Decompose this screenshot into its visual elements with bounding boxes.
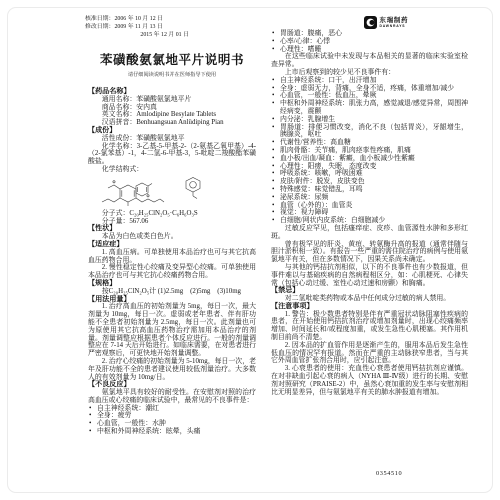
package-insert-page: 核准日期：2006 年 10 月 12 日 修改日期：2009 年 11 月 1… — [0, 0, 500, 500]
revision-date-line: 2015 年 12 月 01 日 — [85, 31, 189, 39]
manufacturer-name-cn: 东瑞制药 — [380, 17, 409, 24]
section-heading: 【禁忌】 — [271, 287, 468, 295]
bullet-icon: • — [272, 147, 274, 155]
bullet-item: •呼吸系统：咳嗽，呼吸困难 — [271, 170, 468, 178]
section-heading: 【药品名称】 — [88, 88, 256, 96]
paragraph: 2. 治疗心绞痛的初始剂量为 5-10mg，每日一次，老年及肝功能不全的患者建议… — [88, 358, 256, 381]
bullet-item: •特殊感觉：味觉错乱，耳鸣 — [271, 186, 468, 194]
bullet-text: 心血管，一般性：水肿 — [97, 420, 166, 427]
revision-dates: 核准日期：2006 年 10 月 12 日 修改日期：2009 年 11 月 1… — [85, 15, 189, 39]
section-heading: 【性状】 — [88, 225, 256, 233]
dawnrays-logo-icon — [364, 16, 377, 29]
bullet-text: 自主神经系统：潮红 — [97, 405, 159, 412]
bullet-text: 全身：虚弱无力，背痛，全身不适，疼痛，体重增加/减少 — [280, 85, 454, 92]
paragraph: 2. 慢性稳定性心绞痛及变异型心绞痛。可单独使用本品治疗也可与其它抗心绞痛药物合… — [88, 264, 256, 280]
section-heading: 【适应症】 — [88, 241, 256, 249]
bullet-icon: • — [272, 202, 274, 210]
bullet-icon: • — [272, 92, 274, 100]
bullet-text: 心血管，一般性：低血压，晕厥 — [280, 92, 376, 99]
paragraph: 上市后观察到的较少见不良事件有： — [271, 69, 468, 77]
bullet-text: 泌尿系统：尿频 — [280, 194, 328, 201]
bullet-item: •心理性：嗜睡 — [271, 46, 468, 54]
paragraph: 与其他的钙拮抗剂相似，以下的不良事件也有少数报道，但事件难以与基础疾病的自然病程… — [271, 264, 468, 287]
bullet-item: •内分泌：乳腺增生 — [271, 116, 468, 124]
paragraph: 1. 高血压病。可单独使用本品治疗也可与其它抗高血压药物合用。 — [88, 249, 256, 265]
field-line: 化学结构式： — [88, 166, 256, 174]
bullet-text: 自主神经系统：口干，出汗增加 — [280, 77, 376, 84]
section-heading: 【注意事项】 — [271, 303, 468, 311]
bullet-text: 心理性：阳痿，失眠，态度改变 — [280, 163, 376, 170]
bullet-icon: • — [272, 217, 274, 225]
paragraph: 在这些临床试验中未发现与本品相关的显著的临床实验室检查异常。 — [271, 53, 468, 69]
bullet-item: •泌尿系统：尿频 — [271, 194, 468, 202]
revision-date-line: 修改日期：2009 年 11 月 13 日 — [85, 23, 189, 31]
bullet-text: 心理性：嗜睡 — [280, 46, 321, 53]
manufacturer-name-en: DAWNRAYS — [380, 24, 409, 28]
field-line: 通用名称：苯磺酸氨氯地平片 — [88, 96, 256, 104]
bullet-icon: • — [272, 178, 274, 186]
chemical-structure-drawing — [90, 175, 242, 209]
logo-text: 东瑞制药 DAWNRAYS — [380, 17, 409, 28]
bullet-icon: • — [89, 420, 91, 428]
bullet-text: 血管（心外的）：血管炎 — [280, 202, 352, 209]
right-column: •胃肠道：腹痛，恶心•心率/心律：心悸•心理性：嗜睡在这些临床试验中未发现与本品… — [271, 30, 468, 396]
bullet-icon: • — [272, 139, 274, 147]
bullet-text: 呼吸系统：咳嗽，呼吸困难 — [280, 170, 363, 177]
document-title: 苯磺酸氨氯地平片说明书 — [88, 50, 256, 68]
bullet-icon: • — [272, 163, 274, 171]
field-line: 分子式：C₂₀H₂₅ClN₂O₅·C₆H₆O₃S — [88, 210, 256, 218]
document-subtitle: 请仔细阅读说明书并在医师指导下使用 — [88, 71, 256, 78]
bullet-item: •心率/心律：心悸 — [271, 38, 468, 46]
bullet-icon: • — [89, 412, 91, 420]
paragraph: 过敏反应罕见，包括瘙痒症、皮疹、血管源性水肿和多形红斑。 — [271, 225, 468, 241]
field-line: 活性成份：苯磺酸氨氯地平 — [88, 135, 256, 143]
bullet-item: •白细胞/网状内皮系统：白细胞减少 — [271, 217, 468, 225]
bullet-text: 中枢和外周神经系统：肌张力高，感觉减退/感觉异常，周围神经病变，震颤 — [280, 100, 468, 115]
bullet-icon: • — [272, 194, 274, 202]
bullet-text: 视觉：视力障碍 — [280, 209, 328, 216]
paragraph: 1. 警告：极少数患者特别是伴有严重冠状动脉阻塞性疾病的患者，在开始使用钙拮抗剂… — [271, 311, 468, 342]
bullet-item: •中枢和外周神经系统：肌张力高，感觉减退/感觉异常，周围神经病变，震颤 — [271, 100, 468, 116]
bullet-item: •胃肠道：排便习惯改变，消化不良（包括胃炎），牙龈增生，胰腺炎，呕吐 — [271, 124, 468, 140]
bullet-item: •皮肤/附件：脱发，皮肤变色 — [271, 178, 468, 186]
bullet-text: 心率/心律：心悸 — [280, 38, 330, 45]
section-heading: 【不良反应】 — [88, 381, 256, 389]
bullet-icon: • — [272, 46, 274, 54]
bullet-text: 肌肉骨骼：关节痛，肌肉痉挛性疼痛，肌痛 — [280, 147, 411, 154]
bullet-text: 特殊感觉：味觉错乱，耳鸣 — [280, 186, 363, 193]
paragraph: 1. 治疗高血压的初始剂量为 5mg，每日一次，最大剂量为 10mg，每日一次。… — [88, 303, 256, 358]
paragraph: 化学名称：3-乙基-5-甲基-2-（2-氨基乙氧甲基）-4-（2-氯苯基）-1，… — [88, 143, 256, 166]
bullet-text: 胃肠道：腹痛，恶心 — [280, 30, 342, 37]
material-code: 0354510 — [376, 470, 402, 477]
paragraph: 3. 心衰患者的使用：充血性心衰患者使用钙拮抗剂应谨慎。在对非缺血引起心衰的病人… — [271, 365, 468, 396]
bullet-icon: • — [272, 38, 274, 46]
bullet-item: •心血管，一般性：低血压，晕厥 — [271, 92, 468, 100]
bullet-icon: • — [272, 124, 274, 132]
left-column-top: 【药品名称】通用名称：苯磺酸氨氯地平片商品名称：安内真英文名称：Amlodipi… — [88, 88, 256, 174]
bullet-icon: • — [272, 30, 274, 38]
bullet-icon: • — [272, 85, 274, 93]
bullet-item: •视觉：视力障碍 — [271, 209, 468, 217]
bullet-item: •血小板/出血/凝血：紫癜，血小板减少性紫癜 — [271, 155, 468, 163]
bullet-text: 胃肠道：排便习惯改变，消化不良（包括胃炎），牙龈增生，胰腺炎，呕吐 — [280, 124, 468, 139]
bullet-icon: • — [89, 405, 91, 413]
bullet-item: •胃肠道：腹痛，恶心 — [271, 30, 468, 38]
bullet-item: •代谢性/营养性：高血糖 — [271, 139, 468, 147]
bullet-icon: • — [272, 209, 274, 217]
left-column-bottom: 分子式：C₂₀H₂₅ClN₂O₅·C₆H₆O₃S分子量：567.06【性状】本品… — [88, 210, 256, 436]
bullet-icon: • — [89, 428, 91, 436]
bullet-icon: • — [272, 186, 274, 194]
section-heading: 【成份】 — [88, 127, 256, 135]
paragraph: 2. 因本品的扩血管作用是逐渐产生的，服用本品后发生急性低血压的情况罕有报道。然… — [271, 342, 468, 365]
bullet-text: 全身：疲劳 — [97, 412, 131, 419]
bullet-item: •中枢和外周神经系统：眩晕，头痛 — [88, 428, 256, 436]
bullet-text: 皮肤/附件：脱发，皮肤变色 — [280, 178, 365, 185]
bullet-text: 血小板/出血/凝血：紫癜，血小板减少性紫癜 — [280, 155, 415, 162]
bullet-item: •自主神经系统：口干，出汗增加 — [271, 77, 468, 85]
bullet-text: 内分泌：乳腺增生 — [280, 116, 335, 123]
bullet-text: 代谢性/营养性：高血糖 — [280, 139, 351, 146]
bullet-item: •心血管，一般性：水肿 — [88, 420, 256, 428]
approval-date-line: 核准日期：2006 年 10 月 12 日 — [85, 15, 189, 23]
bullet-text: 白细胞/网状内皮系统：白细胞减少 — [280, 217, 385, 224]
bullet-text: 中枢和外周神经系统：眩晕，头痛 — [97, 428, 200, 435]
left-column: 【药品名称】通用名称：苯磺酸氨氯地平片商品名称：安内真英文名称：Amlodipi… — [88, 88, 256, 436]
section-heading: 【规格】 — [88, 280, 256, 288]
paragraph: 氨氯地平具有较好的耐受性。在安慰剂对照的治疗高血压或心绞痛的临床试验中，最常见的… — [88, 389, 256, 405]
bullet-icon: • — [272, 170, 274, 178]
bullet-icon: • — [272, 155, 274, 163]
paragraph: 曾有极罕见的肝炎、黄疸、转氨酶升高的报道（通常伴随与胆汁淤积相一致）。有报告一些… — [271, 241, 468, 264]
bullet-icon: • — [272, 77, 274, 85]
bullet-icon: • — [272, 116, 274, 124]
manufacturer-logo: 东瑞制药 DAWNRAYS — [364, 16, 408, 29]
bullet-item: •肌肉骨骼：关节痛，肌肉痉挛性疼痛，肌痛 — [271, 147, 468, 155]
bullet-icon: • — [272, 100, 274, 108]
